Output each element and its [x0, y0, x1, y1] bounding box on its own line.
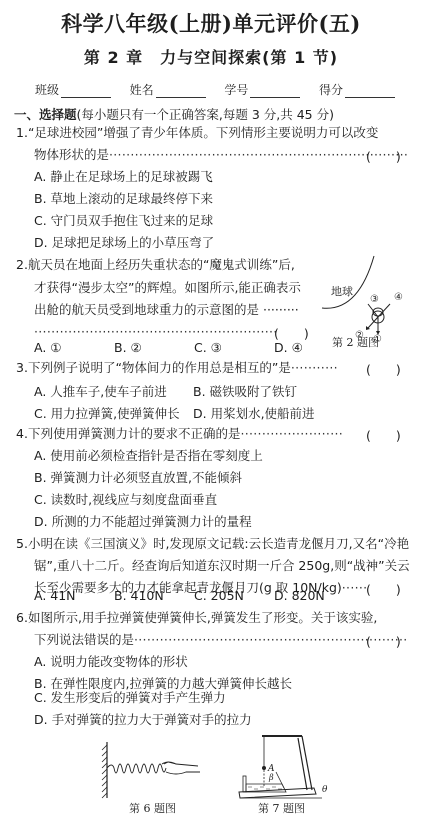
class-label: 班级 [35, 81, 59, 98]
question-text: “足球进校园”增强了青少年体质。下列情形主要说明力可以改变 [28, 125, 378, 140]
question-text: 航天员在地面上经历失重状态的“魔鬼式训练”后, [28, 257, 295, 272]
q4-option-a[interactable]: A. 使用前必须检查指针是否指在零刻度上 [34, 448, 263, 463]
q5-option-d[interactable]: D. 820N [274, 588, 354, 603]
q6-option-d[interactable]: D. 手对弹簧的拉力大于弹簧对手的拉力 [34, 712, 252, 727]
question-number: 2. [16, 257, 28, 272]
question-2-dots: ········································… [34, 324, 278, 339]
svg-text:θ: θ [322, 785, 328, 795]
question-5-cont: 锯”,重八十二斤。经查询后知道东汉时期一斤合 250g,则“战神”关云 [34, 558, 410, 573]
question-6-cont: 下列说法错误的是································… [34, 632, 408, 647]
question-3: 3.下列例子说明了“物体间力的作用总是相互的”是··········· [16, 360, 338, 375]
q1-option-c[interactable]: C. 守门员双手抱住飞过来的足球 [34, 213, 213, 228]
leader-dots: ········································… [109, 147, 408, 162]
question-text: 下列例子说明了“物体间力的作用总是相互的”是 [28, 360, 291, 375]
exam-page: 科学八年级(上册)单元评价(五) 第 2 章 力与空间探索(第 1 节) 班级 … [0, 0, 422, 820]
question-number: 3. [16, 360, 28, 375]
q3-option-b[interactable]: B. 磁铁吸附了铁钉 [193, 382, 297, 400]
q1-option-b[interactable]: B. 草地上滚动的足球最终停下来 [34, 191, 213, 206]
name-blank[interactable] [156, 85, 206, 98]
q1-option-a[interactable]: A. 静止在足球场上的足球被踢飞 [34, 169, 213, 184]
answer-blank-1[interactable]: ( ) [366, 147, 401, 165]
question-2-cont: 才获得“漫步太空”的辉煌。如图所示,能正确表示 [34, 280, 301, 295]
score-field[interactable]: 得分 [319, 81, 395, 98]
earth-gravity-diagram: 地球 ③ ④ ② ① [318, 252, 418, 342]
question-2-cont: 出舱的航天员受到地球重力的示意图的是 ········· [34, 302, 299, 317]
q3-option-d[interactable]: D. 用桨划水,使船前进 [193, 404, 315, 422]
figure-2-caption: 第 2 题图 [332, 334, 379, 350]
leader-dots: ··········· [291, 360, 338, 375]
question-text: 物体形状的是 [34, 147, 109, 162]
question-number: 6. [16, 610, 28, 625]
q6-option-a[interactable]: A. 说明力能改变物体的形状 [34, 654, 188, 669]
score-blank[interactable] [345, 85, 395, 98]
q4-option-c[interactable]: C. 读数时,视线应与刻度盘面垂直 [34, 492, 217, 507]
section-note: (每小题只有一个正确答案,每题 3 分,共 45 分) [77, 107, 334, 122]
question-number: 5. [16, 536, 28, 551]
class-blank[interactable] [61, 85, 111, 98]
question-number: 1. [16, 125, 28, 140]
q6-option-c[interactable]: C. 发生形变后的弹簧对手产生弹力 [34, 690, 226, 705]
svg-text:β: β [268, 773, 274, 782]
name-field[interactable]: 姓名 [130, 81, 206, 98]
answer-blank-3[interactable]: ( ) [366, 360, 401, 378]
question-1-cont: 物体形状的是··································… [34, 147, 408, 162]
q2-option-c[interactable]: C. ③ [194, 340, 274, 355]
q5-option-b[interactable]: B. 410N [114, 588, 194, 603]
score-label: 得分 [319, 81, 343, 98]
q3-options-row2: C. 用力拉弹簧,使弹簧伸长 D. 用桨划水,使船前进 [34, 404, 315, 422]
question-5: 5.小明在读《三国演义》时,发现原文记载:云长造青龙偃月刀,又名“冷艳 [16, 536, 409, 551]
question-2: 2.航天员在地面上经历失重状态的“魔鬼式训练”后, [16, 257, 295, 272]
student-id-field[interactable]: 学号 [224, 81, 300, 98]
figure-6-spring-diagram [98, 740, 203, 800]
answer-blank-4[interactable]: ( ) [366, 426, 401, 444]
answer-blank-5[interactable]: ( ) [366, 580, 401, 598]
q2-option-a[interactable]: A. ① [34, 340, 114, 355]
leader-dots: ········································… [34, 324, 278, 339]
student-id-blank[interactable] [250, 85, 300, 98]
q4-option-d[interactable]: D. 所测的力不能超过弹簧测力计的量程 [34, 514, 252, 529]
q2-options: A. ① B. ② C. ③ D. ④ [34, 340, 354, 355]
svg-text:④: ④ [394, 292, 403, 303]
leader-dots: ························ [240, 426, 343, 441]
section-heading: 一、选择题(每小题只有一个正确答案,每题 3 分,共 45 分) [14, 107, 334, 122]
q1-option-d[interactable]: D. 足球把足球场上的小草压弯了 [34, 235, 214, 250]
svg-text:地球: 地球 [331, 284, 353, 298]
question-6: 6.如图所示,用手拉弹簧使弹簧伸长,弹簧发生了形变。关于该实验, [16, 610, 377, 625]
page-title: 科学八年级(上册)单元评价(五) [0, 8, 422, 38]
figure-2-earth-diagram: 地球 ③ ④ ② ① [318, 252, 418, 342]
section-title: 一、选择题 [14, 107, 77, 122]
tilted-stand-diagram: A β θ [236, 728, 336, 800]
q5-option-a[interactable]: A. 41N [34, 588, 114, 603]
question-text: 下列使用弹簧测力计的要求不正确的是 [28, 426, 241, 441]
spring-hand-diagram [98, 740, 203, 800]
q3-options-row1: A. 人推车子,使车子前进 B. 磁铁吸附了铁钉 [34, 382, 297, 400]
figure-7-pendulum-diagram: A β θ [236, 728, 336, 800]
question-1: 1.“足球进校园”增强了青少年体质。下列情形主要说明力可以改变 [16, 125, 378, 140]
name-label: 姓名 [130, 81, 154, 98]
figure-6-caption: 第 6 题图 [129, 800, 176, 816]
question-text: 如图所示,用手拉弹簧使弹簧伸长,弹簧发生了形变。关于该实验, [28, 610, 377, 625]
answer-blank-6[interactable]: ( ) [366, 632, 401, 650]
q2-option-b[interactable]: B. ② [114, 340, 194, 355]
q5-option-c[interactable]: C. 205N [194, 588, 274, 603]
chapter-subtitle: 第 2 章 力与空间探索(第 1 节) [0, 45, 422, 68]
q4-option-b[interactable]: B. 弹簧测力计必须竖直放置,不能倾斜 [34, 470, 242, 485]
q6-option-b[interactable]: B. 在弹性限度内,拉弹簧的力越大弹簧伸长越长 [34, 676, 292, 691]
q5-options: A. 41N B. 410N C. 205N D. 820N [34, 588, 354, 603]
svg-text:③: ③ [370, 294, 379, 305]
student-id-label: 学号 [224, 81, 248, 98]
question-4: 4.下列使用弹簧测力计的要求不正确的是·····················… [16, 426, 343, 441]
figure-7-caption: 第 7 题图 [258, 800, 305, 816]
student-info-row: 班级 姓名 学号 得分 [35, 81, 395, 98]
question-text: 小明在读《三国演义》时,发现原文记载:云长造青龙偃月刀,又名“冷艳 [28, 536, 409, 551]
question-text: 下列说法错误的是 [34, 632, 134, 647]
q3-option-a[interactable]: A. 人推车子,使车子前进 [34, 382, 193, 400]
q3-option-c[interactable]: C. 用力拉弹簧,使弹簧伸长 [34, 404, 193, 422]
class-field[interactable]: 班级 [35, 81, 111, 98]
question-number: 4. [16, 426, 28, 441]
